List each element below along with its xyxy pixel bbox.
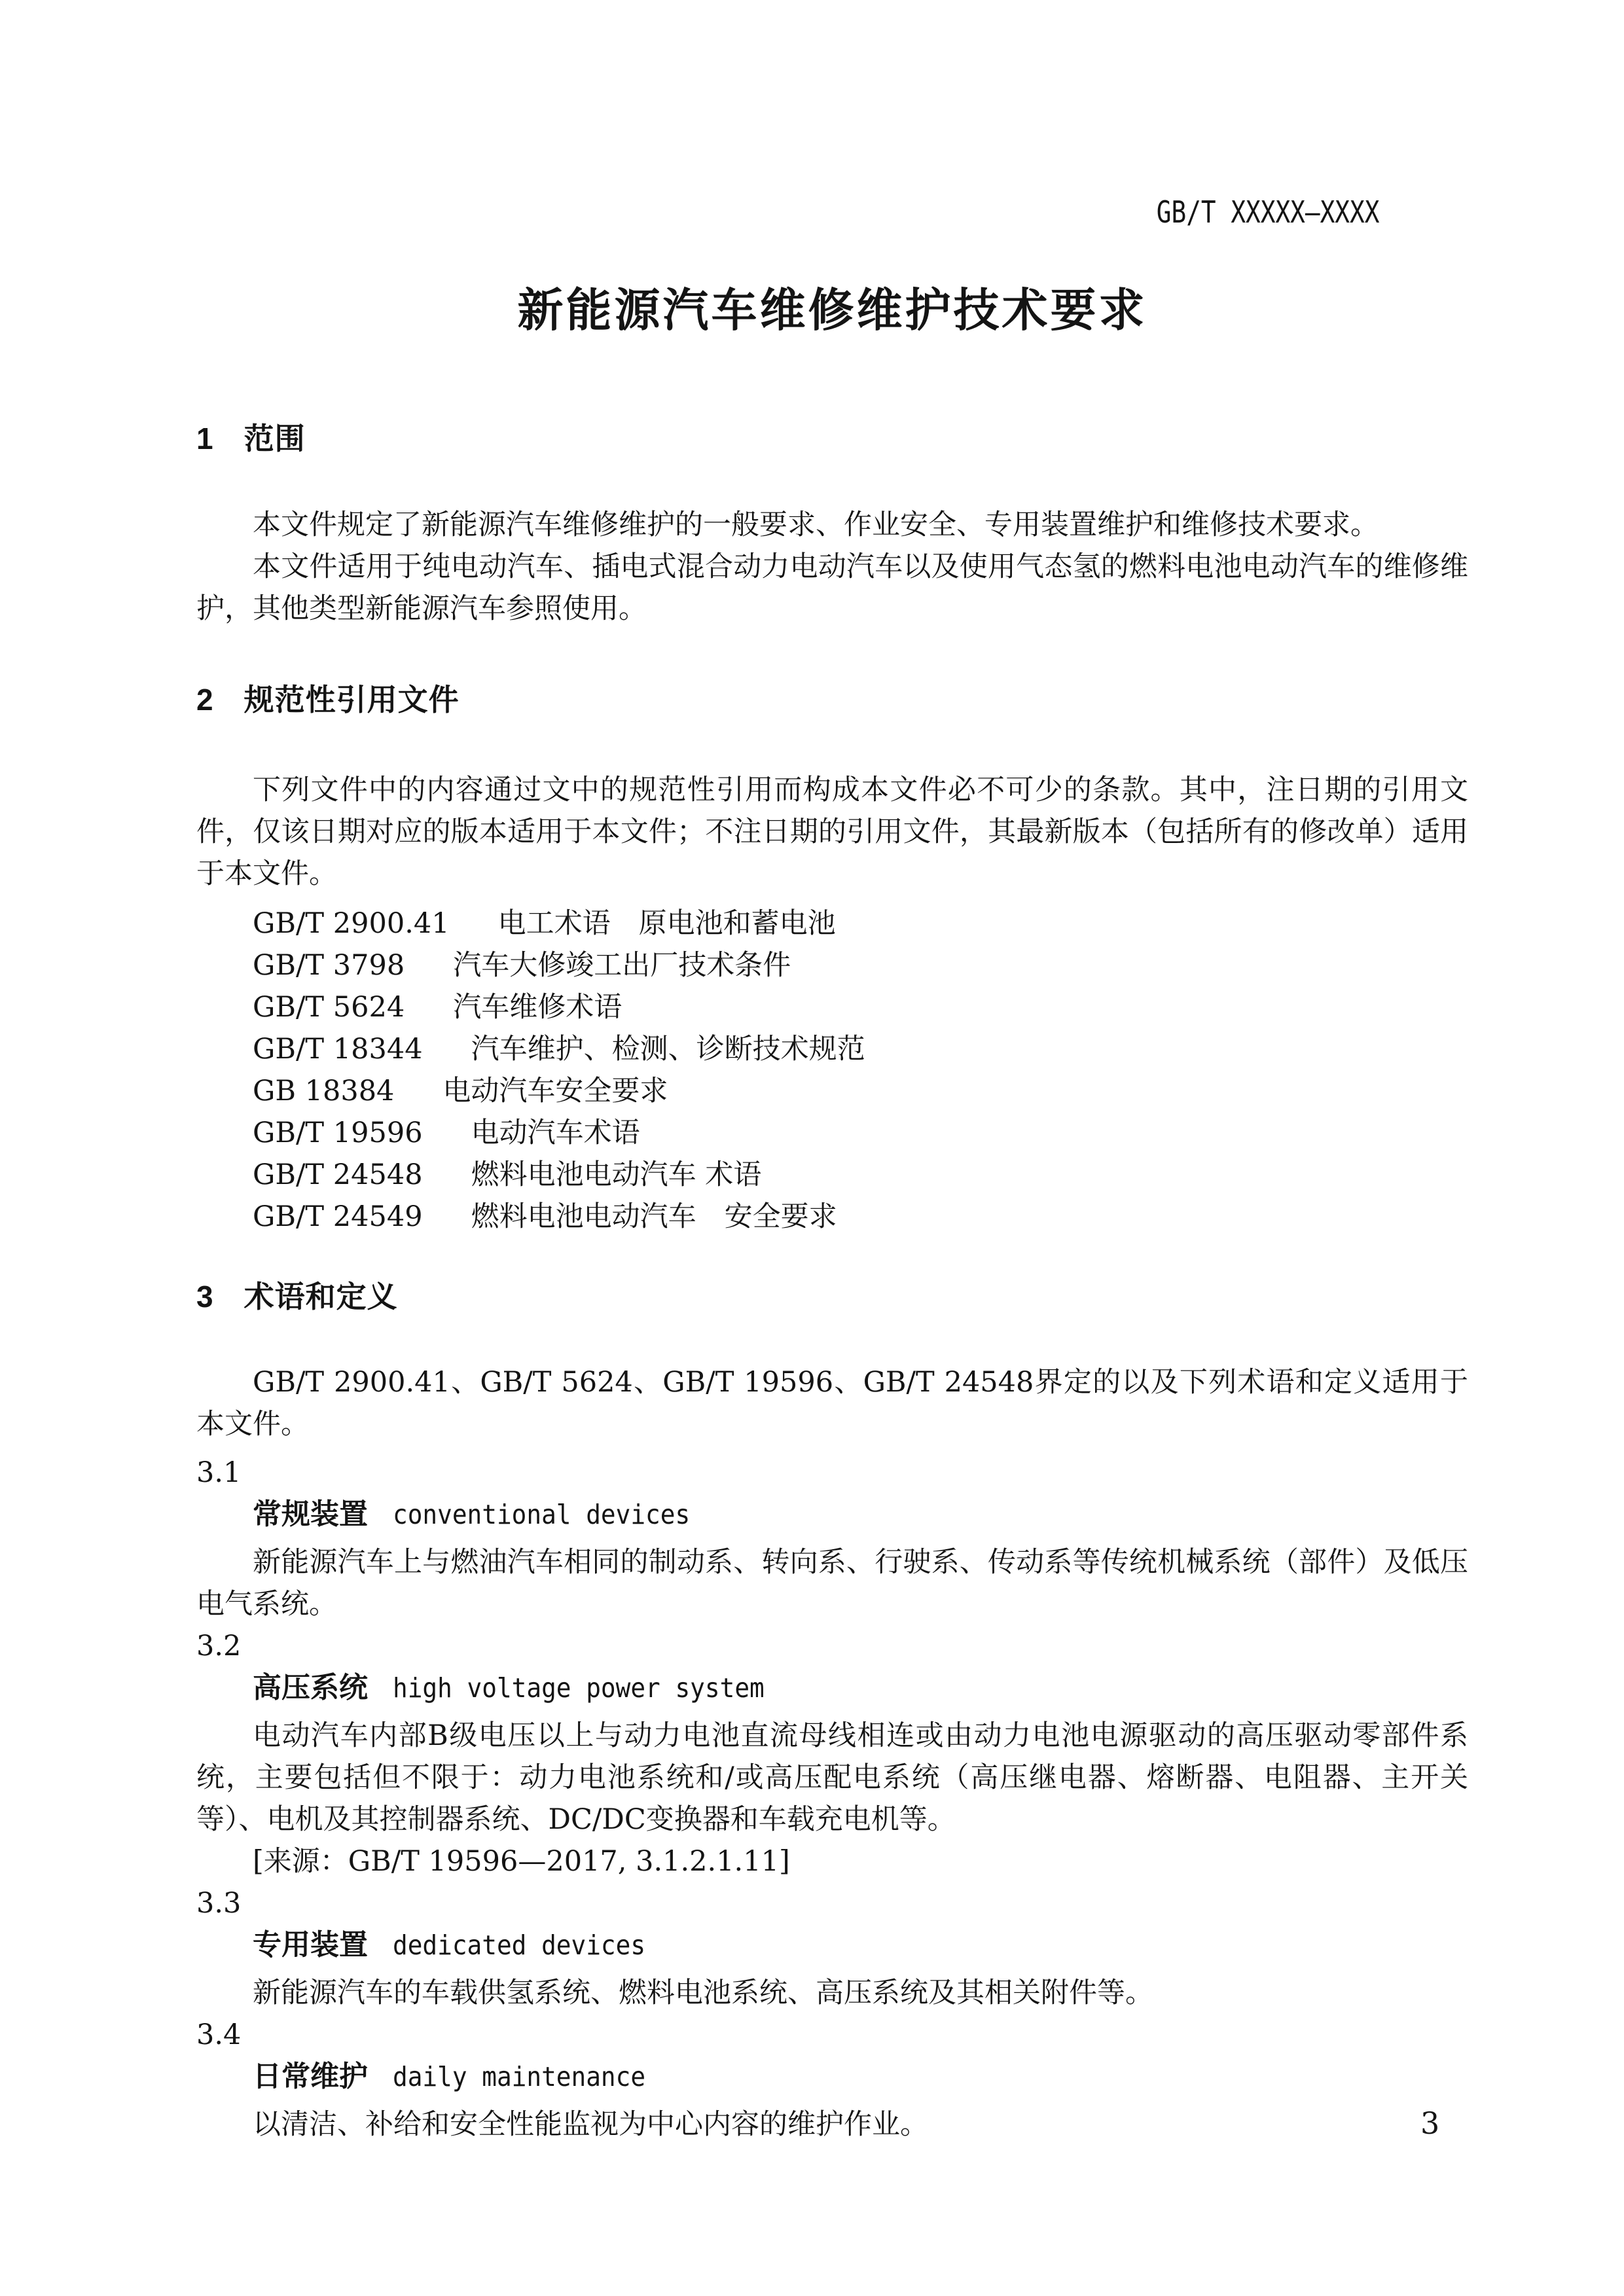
doc-code: GB/T XXXXX—XXXX	[1156, 196, 1379, 228]
reference-code: GB 18384	[253, 1070, 394, 1112]
term-3-3-number: 3.3	[196, 1882, 1468, 1924]
reference-code: GB/T 18344	[253, 1028, 423, 1070]
reference-item: GB/T 24549燃料电池电动汽车 安全要求	[196, 1196, 1468, 1238]
section-2-number: 2	[196, 683, 214, 717]
reference-item: GB/T 2900.41电工术语 原电池和蓄电池	[196, 903, 1468, 944]
term-3-2-definition: 电动汽车内部B级电压以上与动力电池直流母线相连或由动力电池电源驱动的高压驱动零部…	[196, 1715, 1468, 1840]
reference-item: GB/T 3798汽车大修竣工出厂技术条件	[196, 944, 1468, 986]
section-3-number: 3	[196, 1280, 214, 1314]
term-3-3-zh: 专用装置	[253, 1929, 368, 1961]
document-title: 新能源汽车维修维护技术要求	[196, 283, 1468, 338]
term-3-4-number: 3.4	[196, 2014, 1468, 2056]
reference-item: GB/T 24548燃料电池电动汽车 术语	[196, 1154, 1468, 1196]
term-3-1-number: 3.1	[196, 1452, 1468, 1494]
reference-code: GB/T 24548	[253, 1154, 423, 1196]
terms-list: 3.1 常规装置conventional devices 新能源汽车上与燃油汽车…	[196, 1452, 1468, 2145]
reference-title: 电动汽车安全要求	[442, 1075, 668, 1107]
section-2-heading: 2规范性引用文件	[196, 683, 1468, 717]
reference-code: GB/T 5624	[253, 986, 405, 1028]
reference-item: GB 18384电动汽车安全要求	[196, 1070, 1468, 1112]
term-3-4-name: 日常维护daily maintenance	[196, 2056, 1468, 2104]
page-number: 3	[1420, 2106, 1439, 2140]
section-1-number: 1	[196, 422, 214, 456]
term-3-2-source: [来源：GB/T 19596—2017, 3.1.2.1.11]	[196, 1840, 1468, 1882]
term-3-3-name: 专用装置dedicated devices	[196, 1924, 1468, 1972]
term-3-3-definition: 新能源汽车的车载供氢系统、燃料电池系统、高压系统及其相关附件等。	[196, 1972, 1468, 2014]
standard-document-page: GB/T XXXXX—XXXX 新能源汽车维修维护技术要求 1范围 本文件规定了…	[0, 0, 1624, 2296]
section-3-title: 术语和定义	[244, 1280, 398, 1314]
reference-code: GB/T 2900.41	[253, 903, 450, 944]
term-3-1-definition: 新能源汽车上与燃油汽车相同的制动系、转向系、行驶系、传动系等传统机械系统（部件）…	[196, 1541, 1468, 1625]
reference-title: 燃料电池电动汽车 安全要求	[471, 1200, 837, 1233]
reference-title: 汽车大修竣工出厂技术条件	[453, 949, 791, 982]
section-2-title: 规范性引用文件	[244, 683, 460, 717]
term-3-4-definition: 以清洁、补给和安全性能监视为中心内容的维护作业。	[196, 2104, 1468, 2145]
term-3-1-en: conventional devices	[393, 1494, 690, 1535]
section-1-heading: 1范围	[196, 422, 1468, 456]
reference-item: GB/T 5624汽车维修术语	[196, 986, 1468, 1028]
term-3-3-en: dedicated devices	[393, 1924, 645, 1966]
reference-title: 电动汽车术语	[471, 1117, 640, 1149]
references-list: GB/T 2900.41电工术语 原电池和蓄电池 GB/T 3798汽车大修竣工…	[196, 903, 1468, 1238]
reference-item: GB/T 19596电动汽车术语	[196, 1112, 1468, 1154]
reference-title: 汽车维修术语	[453, 991, 622, 1024]
reference-item: GB/T 18344汽车维护、检测、诊断技术规范	[196, 1028, 1468, 1070]
references-intro: 下列文件中的内容通过文中的规范性引用而构成本文件必不可少的条款。其中，注日期的引…	[196, 769, 1468, 895]
page-content: GB/T XXXXX—XXXX 新能源汽车维修维护技术要求 1范围 本文件规定了…	[196, 196, 1468, 2145]
term-3-2-zh: 高压系统	[253, 1672, 368, 1704]
term-3-4-zh: 日常维护	[253, 2060, 368, 2092]
term-3-1-zh: 常规装置	[253, 1498, 368, 1530]
term-3-4-en: daily maintenance	[393, 2056, 645, 2098]
header-row: GB/T XXXXX—XXXX	[196, 196, 1468, 228]
reference-code: GB/T 24549	[253, 1196, 423, 1238]
reference-title: 汽车维护、检测、诊断技术规范	[471, 1033, 865, 1066]
reference-code: GB/T 3798	[253, 944, 405, 986]
section-3-heading: 3术语和定义	[196, 1280, 1468, 1314]
section-1-body: 本文件规定了新能源汽车维修维护的一般要求、作业安全、专用装置维护和维修技术要求。…	[196, 504, 1468, 630]
term-3-2-name: 高压系统high voltage power system	[196, 1667, 1468, 1715]
scope-paragraph-2: 本文件适用于纯电动汽车、插电式混合动力电动汽车以及使用气态氢的燃料电池电动汽车的…	[196, 546, 1468, 630]
term-3-2-number: 3.2	[196, 1625, 1468, 1667]
term-3-2-en: high voltage power system	[393, 1667, 765, 1709]
reference-code: GB/T 19596	[253, 1112, 423, 1154]
section-1-title: 范围	[244, 422, 306, 456]
reference-title: 电工术语 原电池和蓄电池	[498, 907, 836, 940]
reference-title: 燃料电池电动汽车 术语	[471, 1158, 762, 1191]
term-3-1-name: 常规装置conventional devices	[196, 1494, 1468, 1541]
terms-intro: GB/T 2900.41、GB/T 5624、GB/T 19596、GB/T 2…	[196, 1361, 1468, 1445]
scope-paragraph-1: 本文件规定了新能源汽车维修维护的一般要求、作业安全、专用装置维护和维修技术要求。	[196, 504, 1468, 546]
